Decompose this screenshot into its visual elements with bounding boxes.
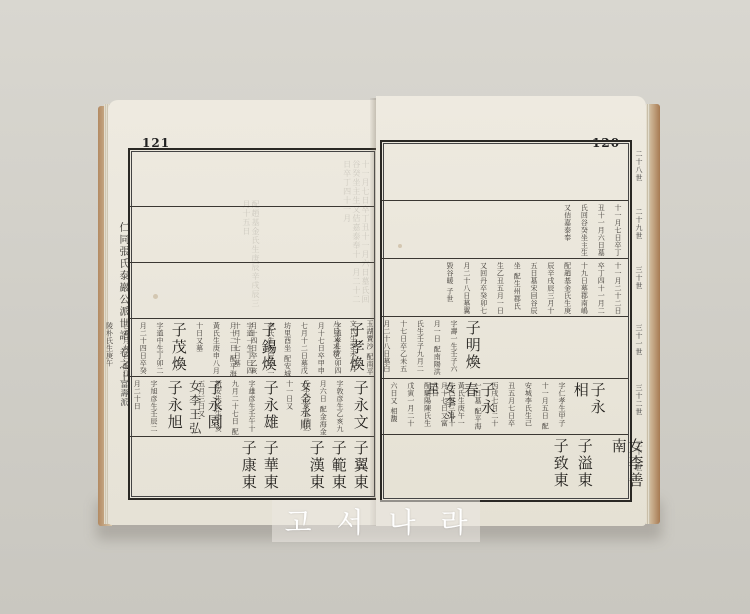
- row-divider: [382, 316, 628, 317]
- watermark-char: 고: [284, 501, 311, 541]
- entry-name: 子永相: [572, 382, 606, 432]
- entry-name: 子永文: [352, 380, 369, 436]
- entry-name: 子翼東: [352, 440, 369, 494]
- generation-label: 三十二世: [632, 384, 644, 434]
- entry-name: 子茂煥: [170, 322, 187, 378]
- entry-name: 子錫煥: [260, 322, 277, 378]
- watermark-char: 라: [440, 501, 467, 541]
- entry-name: 女李斗星: [424, 382, 458, 432]
- generation-label: 三十一世: [632, 324, 644, 374]
- entry-note: 字仁孝生甲子十一月五日 配安城李氏生己丑五月七日卒丙戌七月二十一日墓 配平海黃氏…: [486, 382, 570, 432]
- row-divider: [382, 434, 628, 435]
- entry-name: 女金永順: [296, 380, 313, 436]
- watermark: 고 서 나 라: [272, 500, 480, 542]
- row-divider: [130, 318, 374, 319]
- entry-name: 女李善南: [610, 438, 644, 494]
- entry-note: 字道中生丁卯二月二十四日卒癸巳六月九日 配江陵朴氏生庚午: [132, 322, 168, 378]
- entry-name: 子溢東: [576, 438, 593, 494]
- entry-name: 子明煥: [464, 320, 481, 376]
- generation-label: 二十八世: [632, 150, 644, 200]
- paper-stain: [153, 294, 158, 299]
- row-divider: [382, 200, 628, 201]
- entry-name: 子致東: [552, 438, 569, 494]
- entry-name: 子永旭: [166, 380, 183, 436]
- entry-name: 子漢東: [308, 440, 325, 494]
- entry-name: 子永園: [206, 380, 223, 436]
- row-divider: [382, 378, 628, 379]
- entry-note: 字雄彦生壬午十九月二十七日 配新安朱氏生丁亥五月三日又: [226, 380, 260, 436]
- entry-name: 子範東: [330, 440, 347, 494]
- entry-name: 子永春: [462, 382, 496, 432]
- entry-name: 女李王弘: [186, 380, 203, 436]
- row-divider: [130, 436, 374, 437]
- entry-note: 十一月七日卒丁丑十一月六日墓氏回谷癸坐主生又佶嘉泰奉: [566, 204, 626, 258]
- row-divider: [382, 258, 628, 259]
- generation-label: 三十世: [632, 266, 644, 316]
- entry-note: 字道一生丁巳四月十二日 配平海黃氏生庚申八月十日又墓: [222, 322, 258, 378]
- paper-stain: [398, 244, 402, 248]
- bleed-through-text: 配趙基金氏生庚辰辛戌辰三月十五日: [200, 200, 260, 310]
- entry-name: 子永雄: [262, 380, 279, 436]
- entry-note: 字敦彦生乙亥九月六日 配金海金氏生乙亥五月二十一日又: [318, 380, 348, 436]
- entry-note: 字壽一生壬子六月一日 配南陽洪氏生壬子九月二十七日卒乙未五月二十八日墓白玉湖賣沙…: [398, 320, 462, 376]
- entry-note: 字旭彦生壬辰二月二十日: [134, 380, 162, 436]
- generation-label: 二十九世: [632, 208, 644, 258]
- entry-name: 子康東: [240, 440, 257, 494]
- entry-name: 子華東: [262, 440, 279, 494]
- bleed-through-text: 十一月七日卒丁丑十一月六日墓氏回谷癸坐主生又佶嘉泰奉十一月二十二日卒丁四十一月: [290, 160, 370, 310]
- entry-note: 十一月二十二日卒丁四十一月二十九日墓郡南嶋 配趙基金氏生庚辰辛戌辰三月十五日墓宋…: [510, 262, 626, 316]
- watermark-char: 서: [336, 501, 363, 541]
- watermark-char: 나: [388, 501, 415, 541]
